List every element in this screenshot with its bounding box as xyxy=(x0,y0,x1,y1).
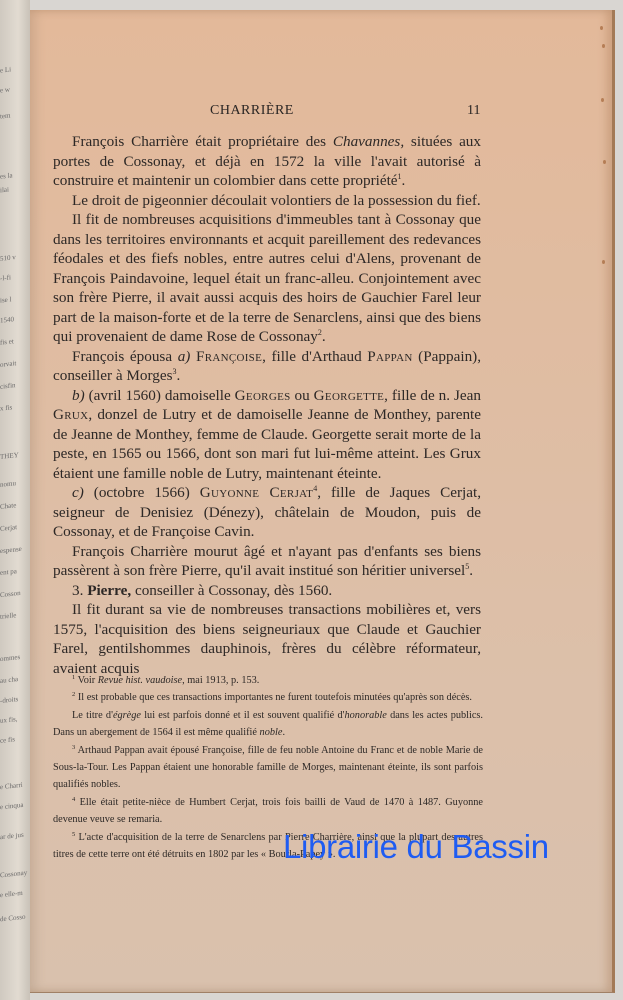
facing-text-fragment: -droits xyxy=(0,695,18,705)
facing-text-fragment: x fis xyxy=(0,403,12,412)
paragraph: François Charrière était propriétaire de… xyxy=(53,132,481,191)
foxing-spot xyxy=(602,44,605,48)
footnote-3: 3 Arthaud Pappan avait épousé Françoise,… xyxy=(53,742,483,794)
facing-text-fragment: ilai xyxy=(0,186,9,195)
paragraph: c) (octobre 1566) Guyonne Cerjat4, fille… xyxy=(53,483,481,542)
footnote-2-continued: Le titre d'égrège lui est parfois donné … xyxy=(53,707,483,742)
watermark-text: Librairie du Bassin xyxy=(283,828,549,866)
facing-text-fragment: fis et xyxy=(0,337,14,346)
facing-text-fragment: e Li xyxy=(0,65,11,74)
foxing-spot xyxy=(603,160,606,164)
facing-text-fragment: Cosson xyxy=(0,589,21,599)
facing-text-fragment: e Charri xyxy=(0,781,23,791)
facing-text-fragment: ux fis, xyxy=(0,715,18,725)
facing-text-fragment: espense xyxy=(0,545,22,555)
page-number: 11 xyxy=(467,103,480,119)
facing-text-fragment: 510 v xyxy=(0,253,16,263)
facing-text-fragment: ar de jus xyxy=(0,831,24,841)
facing-text-fragment: au cha xyxy=(0,675,18,685)
foxing-spot xyxy=(601,98,604,102)
facing-text-fragment: -l-fi xyxy=(0,273,11,282)
footnote-1: 1 Voir Revue hist. vaudoise, mai 1913, p… xyxy=(53,672,483,689)
foxing-spot xyxy=(602,260,605,264)
facing-text-fragment: es la xyxy=(0,171,13,180)
facing-text-fragment: Cerjat xyxy=(0,523,17,533)
paragraph: Il fit de nombreuses acquisitions d'imme… xyxy=(53,210,481,347)
facing-text-fragment: tem xyxy=(0,111,11,120)
paragraph: Il fit durant sa vie de nombreuses trans… xyxy=(53,600,481,678)
main-text: François Charrière était propriétaire de… xyxy=(53,132,481,678)
section-heading-pierre: 3. Pierre, conseiller à Cossonay, dès 15… xyxy=(53,581,481,601)
facing-text-fragment: ise l xyxy=(0,295,11,304)
facing-text-fragment: THEY xyxy=(0,451,19,461)
facing-text-fragment: e cinqua xyxy=(0,801,24,811)
facing-text-fragment: orvait xyxy=(0,359,16,369)
facing-page-edge: e Li e w tem es la ilai 510 v -l-fi ise … xyxy=(0,0,30,1000)
facing-text-fragment: de Cosso xyxy=(0,913,25,924)
facing-text-fragment: cisfin xyxy=(0,381,16,391)
facing-text-fragment: trielle xyxy=(0,611,16,621)
paragraph: Le droit de pigeonnier découlait volonti… xyxy=(53,191,481,211)
foxing-spot xyxy=(600,26,603,30)
paragraph: b) (avril 1560) damoiselle Georges ou Ge… xyxy=(53,386,481,484)
facing-text-fragment: e w xyxy=(0,85,10,94)
facing-text-fragment: ommes xyxy=(0,653,20,663)
footnote-2: 2 Il est probable que ces transactions i… xyxy=(53,689,483,706)
facing-text-fragment: Chate xyxy=(0,501,16,511)
facing-text-fragment: nomu xyxy=(0,479,16,489)
facing-text-fragment: ent pa xyxy=(0,567,17,577)
paragraph: François épousa a) Françoise, fille d'Ar… xyxy=(53,347,481,386)
footnote-4: 4 Elle était petite-nièce de Humbert Cer… xyxy=(53,794,483,829)
running-title: CHARRIÈRE xyxy=(210,103,294,119)
paragraph: François Charrière mourut âgé et n'ayant… xyxy=(53,542,481,581)
facing-text-fragment: e elle-m xyxy=(0,889,23,899)
facing-text-fragment: ce fis xyxy=(0,735,15,745)
facing-text-fragment: 1540 xyxy=(0,315,14,324)
facing-text-fragment: Cossonay xyxy=(0,869,27,880)
